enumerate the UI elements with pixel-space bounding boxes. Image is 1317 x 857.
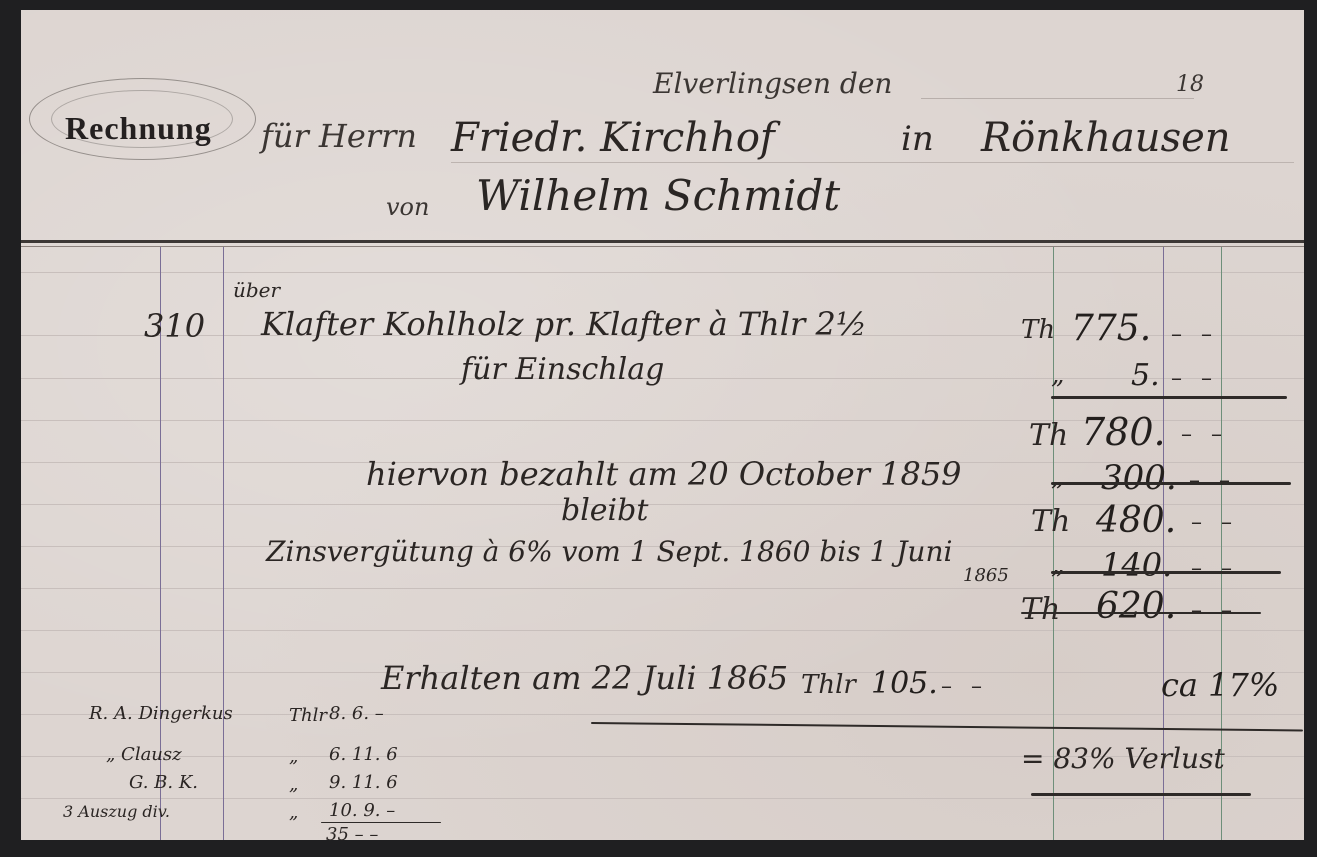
remaining-label: bleibt	[561, 496, 648, 526]
line-item-label-above: über	[233, 280, 280, 300]
year-prefix: 18	[1176, 74, 1204, 96]
remaining-currency: Th	[1031, 504, 1070, 539]
side-note-value: 8. 6. –	[329, 703, 384, 724]
interest-description-year: 1865	[963, 565, 1009, 586]
side-note-value: 9. 11. 6	[329, 772, 398, 793]
line-item-description: Klafter Kohlholz pr. Klafter à Thlr 2½	[261, 308, 867, 340]
interest-trailing: – –	[1191, 556, 1238, 581]
side-note-label: 3 Auszug div.	[63, 802, 170, 821]
total-underline	[1021, 612, 1261, 614]
line-item-quantity: 310	[144, 310, 205, 342]
column-line-description	[223, 247, 224, 840]
total-trailing: – –	[1191, 598, 1238, 623]
payment-amount: 300.	[1101, 458, 1177, 498]
received-amount: 105.	[871, 666, 938, 701]
line-item-currency: Th	[1021, 315, 1055, 345]
subtotal-currency: Th	[1029, 418, 1068, 453]
sum-line	[1051, 396, 1287, 399]
side-note-label: G. B. K.	[129, 772, 198, 793]
ruled-line	[21, 630, 1304, 631]
remaining-trailing: – –	[1191, 510, 1238, 535]
recipient-prefix: für Herrn	[261, 120, 417, 152]
recipient-line	[451, 162, 1294, 163]
remaining-amount: 480.	[1096, 500, 1176, 541]
side-note-currency: „	[289, 802, 298, 823]
header-divider-thin	[21, 246, 1304, 247]
recipient-name: Friedr. Kirchhof	[451, 118, 775, 158]
received-underline	[591, 722, 1303, 731]
header-divider	[21, 240, 1304, 243]
interest-amount: 140.	[1101, 546, 1172, 584]
line-item-description: für Einschlag	[461, 355, 664, 385]
payment-description: hiervon bezahlt am 20 October 1859	[366, 458, 962, 490]
recipient-location: Rönkhausen	[981, 118, 1231, 158]
ruled-line	[21, 798, 1304, 799]
invoice-paper: Rechnung Elverlingsen den 18 für Herrn F…	[21, 10, 1304, 840]
side-notes-total: 35 – –	[326, 824, 378, 845]
document-title: Rechnung	[65, 110, 212, 147]
total-currency: Th	[1021, 592, 1060, 627]
side-note-value: 10. 9. –	[329, 800, 395, 821]
total-amount: 620.	[1096, 586, 1176, 627]
side-note-label: „ Clausz	[106, 744, 182, 765]
payment-trailing: – –	[1189, 468, 1236, 493]
payment-currency: „	[1051, 462, 1064, 492]
side-note-currency: Thlr	[289, 705, 327, 726]
side-note-currency: „	[289, 746, 298, 767]
side-notes-sum-line	[321, 822, 441, 823]
subtotal-trailing: – –	[1181, 422, 1228, 447]
place-date-label: Elverlingsen den	[653, 70, 892, 98]
sum-line	[1051, 482, 1291, 485]
line-item-currency: „	[1051, 360, 1064, 390]
side-note-value: 6. 11. 6	[329, 744, 398, 765]
received-percent: ca 17%	[1161, 666, 1279, 704]
side-note-label: R. A. Dingerkus	[89, 703, 233, 724]
recipient-location-prefix: in	[901, 122, 934, 156]
interest-currency: „	[1051, 550, 1064, 580]
issuer-name: Wilhelm Schmidt	[476, 175, 840, 217]
received-trailing: – –	[941, 674, 988, 699]
line-item-amount: 5.	[1131, 358, 1160, 393]
line-item-trailing: – –	[1171, 366, 1218, 391]
loss-text: = 83% Verlust	[1021, 745, 1225, 773]
ruled-line	[21, 272, 1304, 273]
received-text: Erhalten am 22 Juli 1865	[381, 662, 788, 694]
line-item-trailing: – –	[1171, 322, 1218, 347]
subtotal-amount: 780.	[1081, 410, 1166, 454]
loss-underline	[1031, 793, 1251, 796]
date-line	[921, 98, 1194, 99]
line-item-amount: 775.	[1071, 308, 1151, 349]
sum-line	[1051, 571, 1281, 574]
side-note-currency: „	[289, 774, 298, 795]
received-currency: Thlr	[801, 670, 856, 700]
issuer-prefix: von	[386, 195, 429, 219]
interest-description: Zinsvergütung à 6% vom 1 Sept. 1860 bis …	[266, 538, 952, 566]
